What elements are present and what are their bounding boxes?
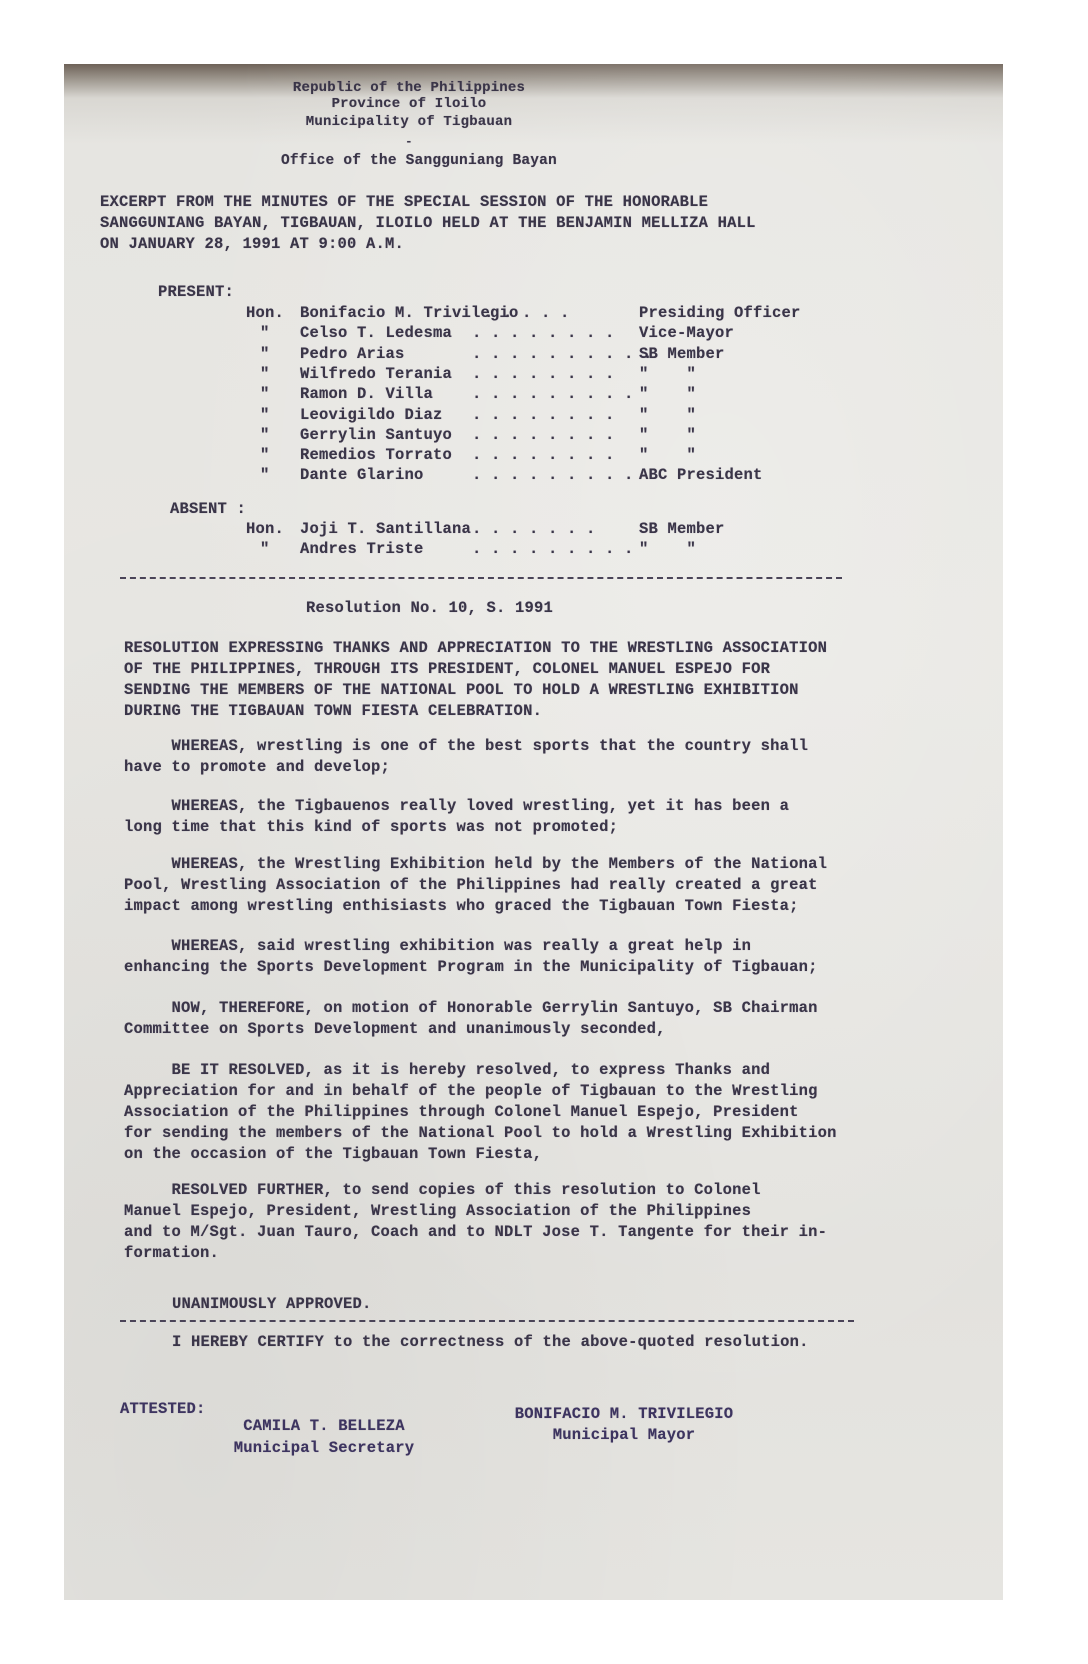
approved-text: UNANIMOUSLY APPROVED. bbox=[172, 1294, 372, 1315]
attendance-row: "Celso T. Ledesma. . . . . . . .Vice-May… bbox=[64, 323, 1003, 344]
member-position: ABC President bbox=[639, 465, 763, 486]
attested-label: ATTESTED: bbox=[120, 1399, 206, 1420]
secretary-name: CAMILA T. BELLEZA bbox=[214, 1416, 434, 1437]
member-name: Joji T. Santillana bbox=[300, 519, 471, 540]
attendance-row: "Pedro Arias. . . . . . . . . .SB Member bbox=[64, 344, 1003, 365]
member-position: " " bbox=[639, 405, 696, 426]
divider bbox=[120, 577, 842, 579]
member-name: Remedios Torrato bbox=[300, 445, 452, 466]
resolution-paragraph-line: Appreciation for and in behalf of the pe… bbox=[124, 1081, 818, 1102]
excerpt-line: SANGGUNIANG BAYAN, TIGBAUAN, ILOILO HELD… bbox=[100, 213, 756, 234]
resolution-paragraph-line: for sending the members of the National … bbox=[124, 1123, 837, 1144]
excerpt-line: ON JANUARY 28, 1991 AT 9:00 A.M. bbox=[100, 234, 404, 255]
member-position: " " bbox=[639, 384, 696, 405]
attendance-row: "Gerrylin Santuyo. . . . . . . ." " bbox=[64, 425, 1003, 446]
member-position: Presiding Officer bbox=[639, 303, 801, 324]
resolution-paragraph-line: formation. bbox=[124, 1243, 219, 1264]
resolution-paragraph-line: impact among wrestling enthisiasts who g… bbox=[124, 896, 799, 917]
leader-dots: . . . . . . . . bbox=[472, 323, 615, 344]
attendance-row: "Leovigildo Diaz. . . . . . . ." " bbox=[64, 405, 1003, 426]
divider bbox=[120, 1320, 854, 1322]
resolution-title-line: DURING THE TIGBAUAN TOWN FIESTA CELEBRAT… bbox=[124, 701, 542, 722]
member-prefix: Hon. bbox=[246, 519, 284, 540]
attendance-row: "Dante Glarino. . . . . . . . .ABC Presi… bbox=[64, 465, 1003, 486]
leader-dots: . . . . . . . . . bbox=[472, 465, 634, 486]
member-prefix: " bbox=[260, 539, 270, 560]
member-name: Celso T. Ledesma bbox=[300, 323, 452, 344]
document-photo: Republic of the Philippines Province of … bbox=[64, 64, 1003, 1600]
resolution-title-line: SENDING THE MEMBERS OF THE NATIONAL POOL… bbox=[124, 680, 799, 701]
member-position: SB Member bbox=[639, 519, 725, 540]
leader-dots: . . . . . . . . bbox=[472, 445, 615, 466]
member-prefix: " bbox=[260, 405, 270, 426]
leader-dots: . . . . . . . . bbox=[472, 425, 615, 446]
member-name: Gerrylin Santuyo bbox=[300, 425, 452, 446]
member-position: " " bbox=[639, 445, 696, 466]
member-name: Dante Glarino bbox=[300, 465, 424, 486]
secretary-title: Municipal Secretary bbox=[214, 1438, 434, 1459]
leader-dots: . . . . . . . bbox=[472, 519, 596, 540]
mayor-title: Municipal Mayor bbox=[474, 1425, 774, 1446]
resolution-paragraph-line: Pool, Wrestling Association of the Phili… bbox=[124, 875, 818, 896]
resolution-paragraph-line: long time that this kind of sports was n… bbox=[124, 817, 618, 838]
header-municipality: Municipality of Tigbauan bbox=[244, 112, 574, 133]
member-name: Ramon D. Villa bbox=[300, 384, 433, 405]
member-name: Wilfredo Terania bbox=[300, 364, 452, 385]
member-name: Leovigildo Diaz bbox=[300, 405, 443, 426]
resolution-paragraph-line: Association of the Philippines through C… bbox=[124, 1102, 799, 1123]
attendance-row: "Remedios Torrato. . . . . . . ." " bbox=[64, 445, 1003, 466]
leader-dots: . . . . . bbox=[484, 303, 570, 324]
member-position: " " bbox=[639, 539, 696, 560]
member-position: Vice-Mayor bbox=[639, 323, 734, 344]
header-separator: - bbox=[244, 132, 574, 153]
member-name: Pedro Arias bbox=[300, 344, 405, 365]
resolution-title-line: OF THE PHILIPPINES, THROUGH ITS PRESIDEN… bbox=[124, 659, 770, 680]
member-position: SB Member bbox=[639, 344, 725, 365]
resolution-number: Resolution No. 10, S. 1991 bbox=[306, 598, 553, 619]
member-name: Andres Triste bbox=[300, 539, 424, 560]
attendance-row: "Ramon D. Villa. . . . . . . . ." " bbox=[64, 384, 1003, 405]
certification-text: I HEREBY CERTIFY to the correctness of t… bbox=[172, 1332, 809, 1353]
resolution-paragraph-line: WHEREAS, the Wrestling Exhibition held b… bbox=[124, 854, 827, 875]
member-position: " " bbox=[639, 425, 696, 446]
resolution-paragraph-line: BE IT RESOLVED, as it is hereby resolved… bbox=[124, 1060, 770, 1081]
member-prefix: " bbox=[260, 384, 270, 405]
member-prefix: " bbox=[260, 445, 270, 466]
resolution-paragraph-line: on the occasion of the Tigbauan Town Fie… bbox=[124, 1144, 542, 1165]
member-prefix: " bbox=[260, 344, 270, 365]
attendance-row: Hon.Joji T. Santillana. . . . . . .SB Me… bbox=[64, 519, 1003, 540]
resolution-paragraph-line: WHEREAS, wrestling is one of the best sp… bbox=[124, 736, 808, 757]
member-prefix: " bbox=[260, 425, 270, 446]
resolution-paragraph-line: and to M/Sgt. Juan Tauro, Coach and to N… bbox=[124, 1222, 827, 1243]
member-prefix: Hon. bbox=[246, 303, 284, 324]
mayor-name: BONIFACIO M. TRIVILEGIO bbox=[474, 1404, 774, 1425]
resolution-title-line: RESOLUTION EXPRESSING THANKS AND APPRECI… bbox=[124, 638, 827, 659]
leader-dots: . . . . . . . . bbox=[472, 405, 615, 426]
resolution-paragraph-line: Manuel Espejo, President, Wrestling Asso… bbox=[124, 1201, 751, 1222]
member-position: " " bbox=[639, 364, 696, 385]
leader-dots: . . . . . . . . . bbox=[472, 384, 634, 405]
absent-label: ABSENT : bbox=[170, 499, 246, 520]
leader-dots: . . . . . . . . bbox=[472, 364, 615, 385]
resolution-paragraph-line: enhancing the Sports Development Program… bbox=[124, 957, 818, 978]
member-prefix: " bbox=[260, 323, 270, 344]
attendance-row: "Wilfredo Terania. . . . . . . ." " bbox=[64, 364, 1003, 385]
header-office: Office of the Sangguniang Bayan bbox=[229, 151, 609, 172]
leader-dots: . . . . . . . . . bbox=[472, 539, 634, 560]
resolution-paragraph-line: have to promote and develop; bbox=[124, 757, 390, 778]
resolution-paragraph-line: RESOLVED FURTHER, to send copies of this… bbox=[124, 1180, 761, 1201]
member-prefix: " bbox=[260, 465, 270, 486]
excerpt-line: EXCERPT FROM THE MINUTES OF THE SPECIAL … bbox=[100, 192, 708, 213]
resolution-paragraph-line: WHEREAS, said wrestling exhibition was r… bbox=[124, 936, 751, 957]
attendance-row: "Andres Triste. . . . . . . . ." " bbox=[64, 539, 1003, 560]
resolution-paragraph-line: NOW, THEREFORE, on motion of Honorable G… bbox=[124, 998, 818, 1019]
member-prefix: " bbox=[260, 364, 270, 385]
resolution-paragraph-line: Committee on Sports Development and unan… bbox=[124, 1019, 666, 1040]
present-label: PRESENT: bbox=[158, 282, 234, 303]
leader-dots: . . . . . . . . . . bbox=[472, 344, 653, 365]
attendance-row: Hon.Bonifacio M. Trivilegio. . . . .Pres… bbox=[64, 303, 1003, 324]
resolution-paragraph-line: WHEREAS, the Tigbauenos really loved wre… bbox=[124, 796, 789, 817]
